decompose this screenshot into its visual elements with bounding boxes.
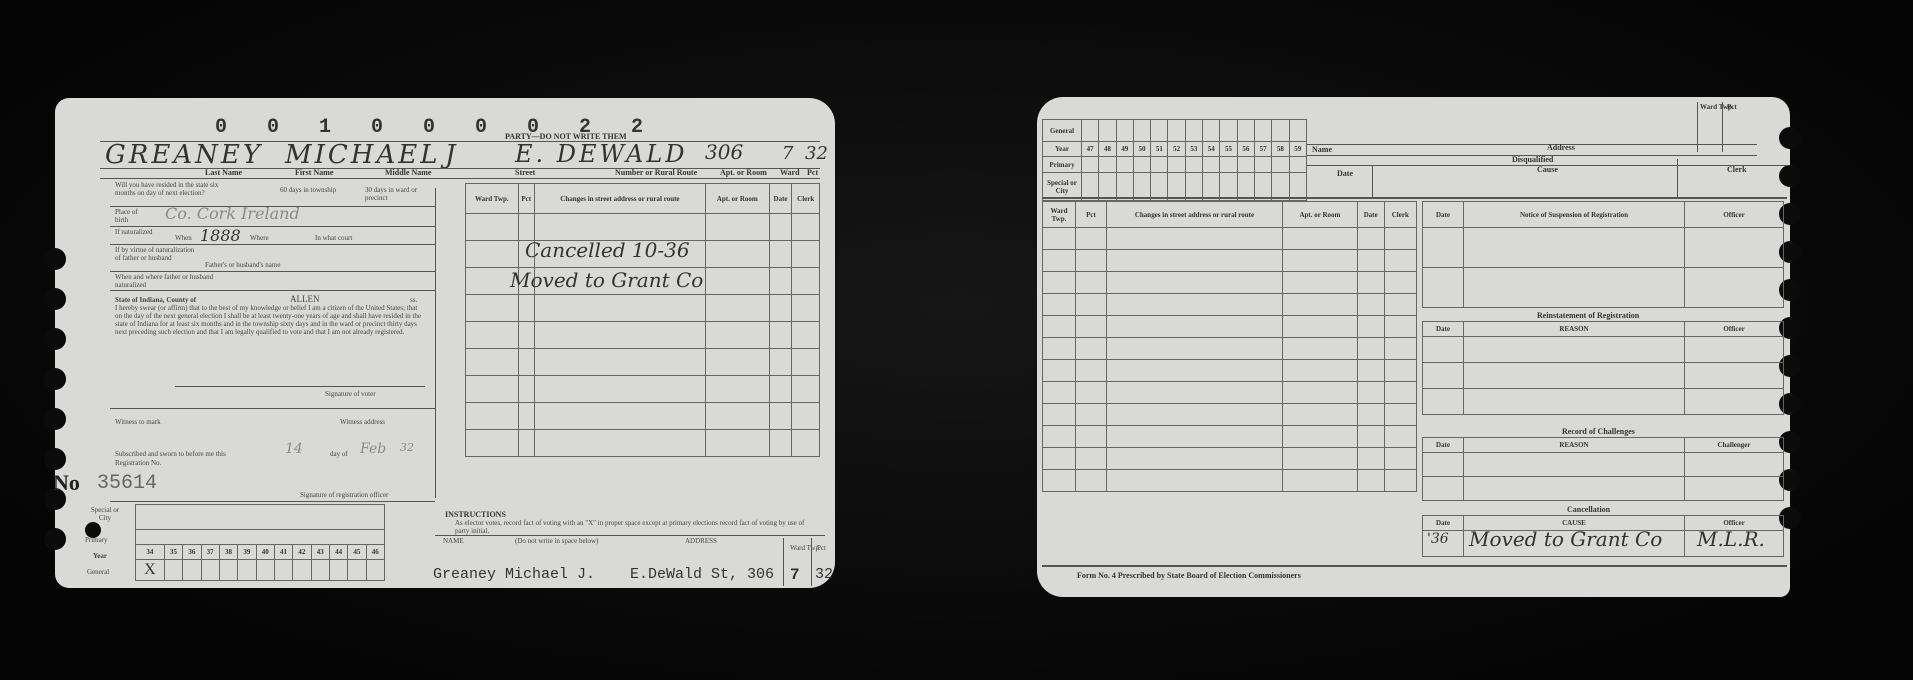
back-voting-grid: General Year 47484950515253545556575859 … (1042, 119, 1307, 201)
birthplace-value: Co. Cork Ireland (165, 204, 300, 223)
label-street: Street (515, 168, 535, 177)
county-value: ALLEN (290, 295, 320, 303)
row-label-primary: Primary (85, 536, 108, 544)
label-witness-address: Witness address (340, 418, 385, 426)
label-day-of: day of (330, 450, 348, 458)
label-number: Number or Rural Route (615, 168, 697, 177)
row-label-special: Special or City (90, 506, 120, 522)
address-changes-table: Ward Twp. Pct Changes in street address … (465, 183, 820, 457)
label-father-naturalized: When and where father or husband natural… (115, 273, 215, 289)
typed-pct: 32 (815, 566, 833, 583)
last-name: GREANEY (105, 140, 263, 170)
typed-name: Greaney Michael J. (433, 566, 595, 583)
oath-text: I hereby swear (or affirm) that to the b… (115, 304, 425, 336)
registration-card-front: 0 0 1 0 0 0 0 2 2 PARTY—DO NOT WRITE THE… (55, 98, 835, 588)
label-disq-name: Name (1312, 145, 1332, 154)
street: E. DEWALD (515, 140, 688, 168)
cancellation-cause: Moved to Grant Co (1469, 527, 1662, 551)
label-when: When (175, 234, 192, 242)
challenges-table: Date REASON Challenger (1422, 437, 1784, 501)
punch-hole (44, 408, 66, 430)
middle-name: J (445, 140, 455, 170)
label-disq-cause: Cause (1537, 165, 1558, 174)
label-middle-name: Middle Name (385, 168, 431, 177)
punch-hole (44, 288, 66, 310)
ward-value: 7 (782, 143, 793, 164)
reinstatement-table: Date REASON Officer (1422, 321, 1784, 415)
change-entry-cancelled: Cancelled 10-36 (525, 238, 690, 262)
label-name: NAME (443, 537, 464, 545)
label-derivative: If by virtue of naturalization of father… (115, 246, 195, 262)
first-name: MICHAEL (285, 140, 440, 170)
label-disq-address: Address (1547, 143, 1575, 152)
cancellation-officer: M.L.R. (1697, 527, 1765, 551)
punch-hole (44, 528, 66, 550)
punch-hole (44, 328, 66, 350)
label-pct: Pct (807, 168, 818, 177)
label-disq-clerk: Clerk (1727, 165, 1747, 174)
label-subscribed: Subscribed and sworn to before me this (115, 450, 226, 458)
label-ward: Ward (780, 168, 800, 177)
punch-hole (44, 368, 66, 390)
label-naturalized: If naturalized (115, 228, 153, 236)
pct-value: 32 (805, 143, 828, 164)
label-address: ADDRESS (685, 537, 717, 545)
naturalized-year: 1888 (200, 226, 241, 245)
suspension-table: Date Notice of Suspension of Registratio… (1422, 201, 1784, 308)
township-question: 60 days in township (280, 186, 340, 194)
reinstatement-title: Reinstatement of Registration (1537, 311, 1639, 320)
label-voter-signature: Signature of voter (325, 390, 376, 398)
oath-state-county: State of Indiana, County of (115, 296, 196, 304)
instructions-title: INSTRUCTIONS (445, 510, 506, 519)
punch-hole (1779, 165, 1801, 187)
general-vote-mark: X (136, 560, 165, 581)
house-number: 306 (705, 140, 743, 164)
ward-question: 30 days in ward or precinct (365, 186, 425, 202)
label-disq-date: Date (1337, 169, 1353, 178)
label-witness: Witness to mark (115, 418, 161, 426)
voting-record-grid: 34353637383940414243444546 X (135, 504, 385, 581)
label-court: In what court (315, 234, 352, 242)
form-footer: Form No. 4 Prescribed by State Board of … (1077, 571, 1301, 580)
challenges-title: Record of Challenges (1562, 427, 1635, 436)
disqualified-title: Disqualified (1512, 155, 1553, 164)
punch-hole (44, 248, 66, 270)
cancellation-title: Cancellation (1567, 505, 1610, 514)
label-pct-bottom: Pct (817, 544, 826, 552)
label-last-name: Last Name (205, 168, 242, 177)
back-address-changes-table: Ward Twp. Pct Changes in street address … (1042, 201, 1417, 492)
punch-hole (44, 448, 66, 470)
number-prefix: No (53, 470, 80, 496)
label-registration-no: Registration No. (115, 459, 161, 467)
registration-number: 35614 (97, 472, 157, 495)
label-birthplace: Place of birth (115, 208, 145, 224)
day-value: 14 (285, 441, 303, 457)
row-label-general: General (87, 568, 109, 576)
row-label-year: Year (93, 552, 107, 560)
typed-ward: 7 (790, 566, 800, 584)
do-not-write-notice: (Do not write in space below) (515, 537, 598, 545)
punch-hole (1779, 127, 1801, 149)
year-value: 32 (400, 441, 414, 454)
label-father-name: Father's or husband's name (205, 261, 280, 269)
instructions-text: As elector votes, record fact of voting … (455, 519, 815, 535)
registration-card-back: General Year 47484950515253545556575859 … (1037, 97, 1790, 597)
residency-question: Will you have resided in the state six m… (115, 181, 235, 197)
oath-ss: ss. (410, 296, 417, 304)
label-apt: Apt. or Room (720, 168, 767, 177)
label-disq-pct: Pct (1727, 103, 1737, 111)
change-entry-moved: Moved to Grant Co (510, 268, 703, 292)
cancellation-date: '36 (1427, 531, 1449, 547)
label-first-name: First Name (295, 168, 333, 177)
typed-address: E.DeWald St, 306 (630, 566, 774, 583)
month-value: Feb (360, 441, 386, 457)
label-where: Where (250, 234, 269, 242)
label-officer-signature: Signature of registration officer (300, 491, 388, 499)
